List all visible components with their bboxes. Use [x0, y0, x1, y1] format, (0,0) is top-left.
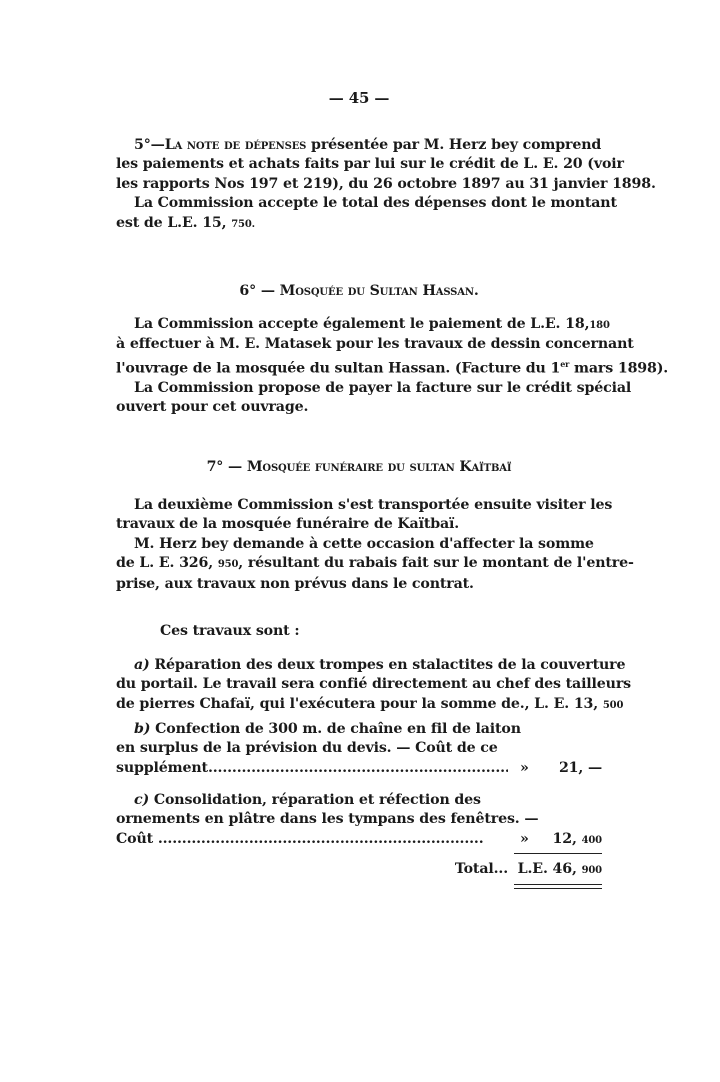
item-a: a) Réparation des deux trompes en stalac…: [116, 656, 602, 715]
section-5-line-1: 5°—La note de dépenses présentée par M. …: [116, 136, 602, 155]
section-5-amount: est de L.E. 15, 750.: [116, 214, 602, 234]
works-intro: Ces travaux sont :: [116, 622, 602, 641]
leader-dots: ........................................…: [158, 831, 484, 847]
section-6-body: La Commission accepte également le paiem…: [116, 315, 602, 418]
section-7-body: La deuxième Commission s'est transportée…: [116, 496, 602, 594]
total-double-rule-bottom: [514, 888, 602, 889]
section-7-heading: 7° — Mosquée funéraire du sultan Kaïtbaï: [116, 458, 602, 477]
total-label: Total...: [455, 860, 508, 879]
item-b-amount: 21, —: [559, 759, 602, 778]
ditto-mark: »: [520, 830, 529, 849]
section-5: 5°—La note de dépenses présentée par M. …: [116, 136, 602, 234]
total-amount: L.E. 46, 900: [518, 860, 602, 880]
leader-dots: ........................................…: [208, 760, 508, 776]
section-5-title: La note de dépenses: [165, 137, 307, 153]
total-double-rule-top: [514, 884, 602, 885]
ditto-mark: »: [520, 759, 529, 778]
item-a-amount: 500: [603, 700, 623, 711]
page-number: — 45 —: [116, 89, 602, 108]
section-6-heading: 6° — Mosquée du Sultan Hassan.: [116, 282, 602, 301]
subtotal-rule: [514, 853, 602, 854]
item-c-amount: 12, 400: [553, 830, 602, 850]
